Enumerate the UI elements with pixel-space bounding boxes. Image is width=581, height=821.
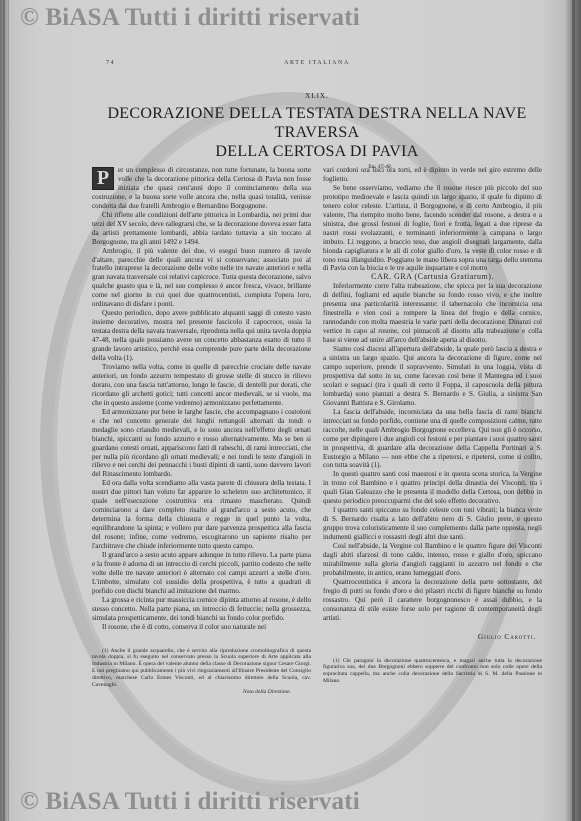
paragraph: Ed ora dalla volta scendiamo alla vasta … [92,479,311,551]
paragraph: Così nell'abside, la Vergine col Bambino… [323,542,542,578]
footnote-left: (1) Anche il grande acquarello, che è se… [92,648,311,696]
footnote-signature: Nota della Direzione. [92,689,291,696]
paragraph: Quattrocentistica è ancora la decorazion… [323,578,542,623]
article-number: XLIX. [92,92,542,100]
running-title: ARTE ITALIANA [92,60,542,66]
paragraph: Il rosone, che è di cotto, conserva il c… [92,623,311,632]
paragraph: Troviamo nella volta, come in quelle di … [92,363,311,408]
page-edge-right [572,0,575,821]
paragraph: Ed armonizzano pur bene le larghe fascie… [92,408,311,480]
paragraph: Inferiormente corre l'alta trabeazione, … [323,282,542,345]
footnote-text: (1) Chi paragoni la decorazione quattroc… [323,658,542,686]
paragraph: Il grand'arco a sesto acuto appare adunq… [92,551,311,596]
left-column: Per un complesso di circostanze, non tut… [92,166,311,696]
author-signature: Giulio Carotti. [323,633,536,642]
copyright-watermark-bottom: © BiASA Tutti i diritti riservati [20,788,360,816]
binding-edge-left [3,0,5,821]
paragraph: Se bene osserviamo, vediamo che il roson… [323,184,542,274]
paragraph: vari cordoni ora lisci ora torti, ed è d… [323,166,542,184]
footnote-text: (1) Anche il grande acquarello, che è se… [92,648,311,689]
paragraph: Chi riflette alle condizioni dell'arte p… [92,211,311,247]
paragraph-1: Per un complesso di circostanze, non tut… [92,166,311,211]
article-title-line-2: DELLA CERTOSA DI PAVIA [92,142,542,161]
drop-cap-initial: P [92,167,114,190]
motto-heading: CAR. GRA (Cartusia Gratiarum). [323,273,542,282]
running-header: 74 ARTE ITALIANA [92,58,542,72]
copyright-watermark-top: © BiASA Tutti i diritti riservati [20,4,360,32]
binding-edge-left-inner [8,0,9,821]
paragraph: La grossa e ricinta pur massiccia cornic… [92,596,311,623]
paragraph: In questi quattro santi così maestosi e … [323,470,542,506]
paragraph: Ambrogio, il più valente dei due, vi ese… [92,247,311,310]
paragraph: Questo periodico, dopo avere pubblicato … [92,309,311,363]
document-page: 74 ARTE ITALIANA XLIX. DECORAZIONE DELLA… [92,58,542,170]
article-title-line-1: DECORAZIONE DELLA TESTATA DESTRA NELLA N… [92,104,542,142]
paragraph: Siamo così discesi all'apertura dell'abs… [323,345,542,408]
footnote-right: (1) Chi paragoni la decorazione quattroc… [323,658,542,686]
paragraph-1-text: er un complesso di circostanze, non tutt… [92,166,311,210]
paragraph: I quattro santi spiccano su fondo celest… [323,506,542,542]
right-column: vari cordoni ora lisci ora torti, ed è d… [323,166,542,696]
two-column-body: Per un complesso di circostanze, non tut… [92,166,542,696]
article-title: DECORAZIONE DELLA TESTATA DESTRA NELLA N… [92,104,542,161]
paragraph: La fascia dell'abside, incorniciata da u… [323,408,542,471]
